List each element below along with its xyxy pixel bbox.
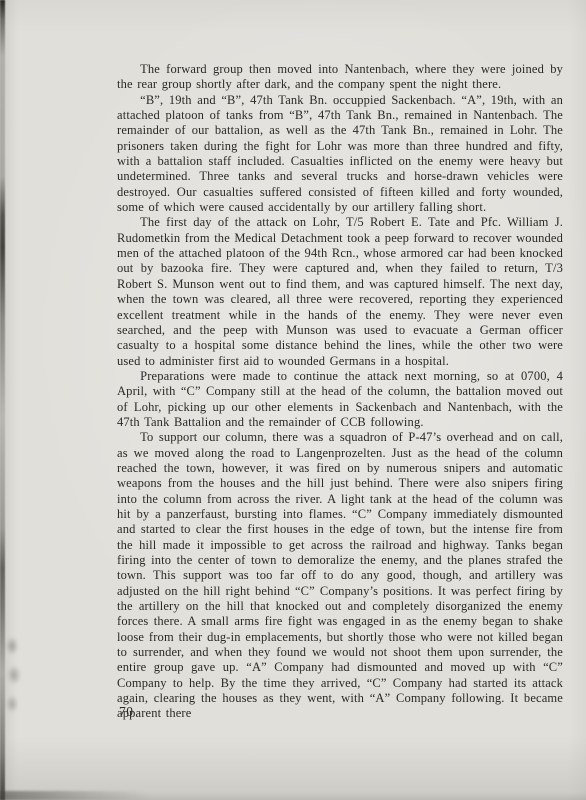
paragraph: The forward group then moved into Nanten…: [117, 62, 563, 93]
scanned-book-page: The forward group then moved into Nanten…: [0, 0, 586, 800]
left-margin-smudge-artifact: [3, 630, 25, 725]
paragraph: To support our column, there was a squad…: [117, 430, 563, 722]
page-text: The forward group then moved into Nanten…: [117, 62, 563, 722]
paragraph: The first day of the attack on Lohr, T/5…: [117, 215, 563, 368]
page-number: 70: [119, 704, 134, 720]
paragraph: “B”, 19th and “B”, 47th Tank Bn. occuppi…: [117, 93, 563, 216]
bottom-left-corner-shadow: [0, 791, 150, 800]
paragraph: Preparations were made to continue the a…: [117, 369, 563, 430]
